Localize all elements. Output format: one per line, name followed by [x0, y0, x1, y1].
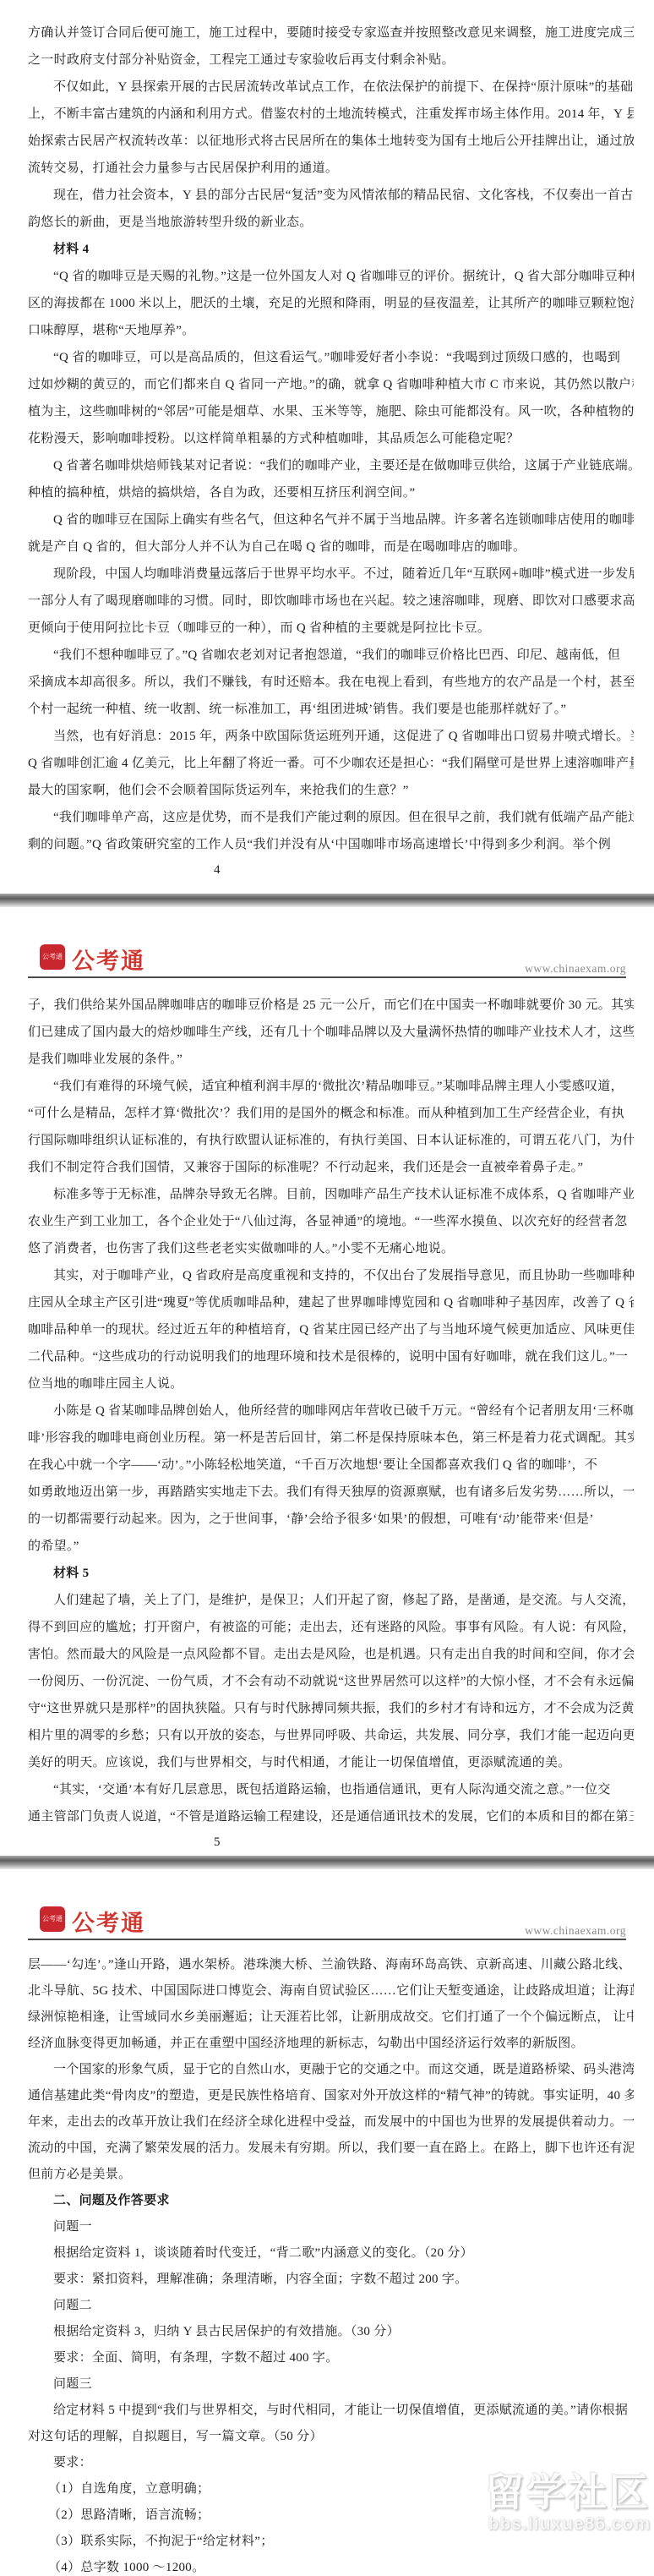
text-line: 如勇敢地迈出第一步，再踏踏实实地走下去。我们有得天独厚的资源禀赋，也有诸多后发劣… — [28, 1479, 634, 1506]
text-line: 不仅如此，Y 县探索开展的古民居流转改革试点工作，在依法保护的前提下、在保持“原… — [28, 74, 634, 101]
section-heading: 材料 4 — [28, 236, 634, 263]
text-line: 流转交易，打通社会力量参与古民居保护利用的通道。 — [28, 155, 634, 182]
page-separator — [0, 894, 654, 907]
text-line: 守“这世界就只是那样”的固执狭隘。只有与时代脉搏同频共振，我们的乡村才有诗和远方… — [28, 1695, 634, 1722]
header-gap — [0, 978, 654, 992]
text-line: 植为主，这些咖啡树的“邻居”可能是烟草、水果、玉米等等，施肥、除虫可能都没有。风… — [28, 398, 634, 425]
site-url: www.chinaexam.org — [525, 1924, 626, 1938]
text-line: 通主管部门负责人说道，“不管是道路运输工程建设，还是通信通讯技术的发展，它们的本… — [28, 1803, 634, 1830]
text-line: 绿洲惊艳相逢，让雪域同水乡美丽邂逅；让天涯若比邻，让新朋成故交。它们打通了一个个… — [28, 2004, 634, 2031]
text-line: “我们咖啡单产高，这应是优势，而不是我们产能过剩的原因。但在很早之前，我们就有低… — [28, 804, 634, 831]
header-gap — [0, 1940, 654, 1952]
text-line: 根据给定资料 3，归纳 Y 县古民居保护的有效措施。（30 分） — [28, 2319, 634, 2345]
text-line: 小陈是 Q 省某咖啡品牌创始人，他所经营的咖啡网店年营收已破千万元。“曾经有个记… — [28, 1397, 634, 1425]
page-number: 4 — [0, 861, 654, 879]
text-line: （2）思路清晰，语言流畅； — [28, 2502, 634, 2529]
document-viewer: { "site": { "logo_badge": "公考通", "logo_t… — [0, 0, 654, 2576]
text-line: 悠了消费者，也伤害了我们这些老老实实做咖啡的人。”小雯不无痛心地说。 — [28, 1235, 634, 1262]
text-line: 要求：紧扣资料，理解准确；条理清晰，内容全面；字数不超过 200 字。 — [28, 2267, 634, 2293]
text-line: 现在，借力社会资本，Y 县的部分古民居“复活”变为风情浓郁的精品民宿、文化客栈，… — [28, 182, 634, 209]
text-line: 啡’形容我的咖啡电商创业历程。第一杯是苦后回甘，第二杯是保持原味本色，第三杯是着… — [28, 1425, 634, 1452]
section-heading: 二、问题及作答要求 — [28, 2188, 634, 2214]
text-line: 一份阅历、一份沉淀、一份气质，才不会有动不动就说“这世界居然可以这样”的大惊小怪… — [28, 1668, 634, 1695]
text-line: 采摘成本却高很多。所以，我们不赚钱，有时还赔本。我在电视上看到，有些地方的农产品… — [28, 669, 634, 696]
text-line: 庄园从全球主产区引进“瑰夏”等优质咖啡品种，建起了世界咖啡博览园和 Q 省咖啡种… — [28, 1289, 634, 1316]
text-line: 更倾向于使用阿拉比卡豆（咖啡豆的一种），而 Q 省种植的主要就是阿拉比卡豆。 — [28, 615, 634, 642]
text-line: 人们建起了墙，关上了门，是维护，是保卫；人们开起了窗，修起了路，是凿通，是交流。… — [28, 1587, 634, 1614]
text-line: 年来，走出去的改革开放让我们在经济全球化进程中受益，而发展中的中国也为世界的发展… — [28, 2109, 634, 2136]
text-line: Q 省的咖啡豆在国际上确实有些名气，但这种名气并不属于当地品牌。许多著名连锁咖啡… — [28, 506, 634, 533]
text-line: 的希望。” — [28, 1533, 634, 1560]
text-line: 咖啡品种单一的现状。经过近五年的种植培育，Q 省某庄园已经产出了与当地环境气候更… — [28, 1316, 634, 1343]
text-line: “我们不想种咖啡豆了。”Q 省咖农老刘对记者抱怨道，“我们的咖啡豆价格比巴西、印… — [28, 642, 634, 669]
text-line: 层——‘勾连’。”逢山开路，遇水架桥。港珠澳大桥、兰渝铁路、海南环岛高铁、京新高… — [28, 1952, 634, 1978]
text-line: 口味醇厚，堪称“天地厚养”。 — [28, 317, 634, 344]
text-line: 得不到回应的尴尬；打开窗户，有被盗的可能；走出去，还有迷路的风险。事事有风险。有… — [28, 1614, 634, 1641]
text-line: 二代品种。“这些成功的行动说明我们的地理环境和技术是很棒的，说明中国有好咖啡，就… — [28, 1343, 634, 1370]
brand-logo-icon: 公考通 — [40, 1906, 65, 1932]
text-line: 其实，对于咖啡产业，Q 省政府是高度重视和支持的，不仅出台了发展指导意见，而且协… — [28, 1262, 634, 1289]
page-number: 5 — [0, 1833, 654, 1851]
page-header: 公考通 公考通 www.chinaexam.org — [28, 1891, 626, 1940]
text-line: 一部分人有了喝现磨咖啡的习惯。同时，即饮咖啡市场也在兴起。较之速溶咖啡，现磨、即… — [28, 588, 634, 615]
text-line: 在我心中就一个字——‘动’。”小陈轻松地笑道，“千百万次地想‘要让全国都喜欢我们… — [28, 1452, 634, 1479]
text-line: （1）自选角度，立意明确； — [28, 2476, 634, 2502]
page-body: 层——‘勾连’。”逢山开路，遇水架桥。港珠澳大桥、兰渝铁路、海南环岛高铁、京新高… — [0, 1952, 654, 2576]
document-page-questions: 公考通 公考通 www.chinaexam.org 层——‘勾连’。”逢山开路，… — [0, 1869, 654, 2576]
text-line: 标准多等于无标准，品牌杂导致无名牌。目前，因咖啡产品生产技术认证标准不成体系，Q… — [28, 1181, 634, 1208]
text-line: “Q 省的咖啡豆，可以是高品质的，但这看运气。”咖啡爱好者小李说：“我喝到过顶级… — [28, 344, 634, 371]
page-header: 公考通 公考通 www.chinaexam.org — [28, 929, 626, 978]
text-line: “我们有难得的环境气候，适宜种植利润丰厚的‘微批次’精品咖啡豆。”某咖啡品牌主理… — [28, 1073, 634, 1100]
text-line: 位当地的咖啡庄园主人说。 — [28, 1370, 634, 1397]
text-line: 花粉漫天，影响咖啡授粉。以这样简单粗暴的方式种植咖啡，其品质怎么可能稳定呢？ — [28, 425, 634, 452]
text-line: 要求： — [28, 2450, 634, 2476]
text-line: 流动的中国，充满了繁荣发展的活力。发展未有穷期。所以，我们要一直在路上。在路上，… — [28, 2136, 634, 2162]
text-line: 要求：全面、简明，有条理，字数不超过 400 字。 — [28, 2345, 634, 2371]
text-line: “其实，‘交通’本有好几层意思，既包括道路运输，也指通信通讯，更有人际沟通交流之… — [28, 1776, 634, 1803]
page-body: 方确认并签订合同后便可施工，施工过程中，要随时接受专家巡查并按照整改意见来调整，… — [0, 19, 654, 858]
text-line: 现阶段，中国人均咖啡消费量远落后于世界平均水平。不过，随着近几年“互联网+咖啡”… — [28, 561, 634, 588]
text-line: 一个国家的形象气质，显于它的自然山水，更融于它的交通之中。而这交通，既是道路桥梁… — [28, 2057, 634, 2083]
text-line: 我们不制定符合我们国情，又兼容于国际的标准呢？不行动起来，我们还是会一直被牵着鼻… — [28, 1154, 634, 1181]
text-line: 行国际咖啡组织认证标准的，有执行欧盟认证标准的，有执行美国、日本认证标准的，可谓… — [28, 1127, 634, 1154]
text-line: 之一时政府支付部分补贴资金，工程完工通过专家验收后再支付剩余补贴。 — [28, 46, 634, 74]
text-line: 们已建成了国内最大的焙炒咖啡生产线，还有几十个咖啡品牌以及大量满怀热情的咖啡产业… — [28, 1019, 634, 1046]
text-line: 韵悠长的新曲，更是当地旅游转型升级的新业态。 — [28, 209, 634, 236]
text-line: 问题三 — [28, 2371, 634, 2398]
text-line: （3）联系实际，不拘泥于“给定材料”； — [28, 2529, 634, 2555]
text-line: 种植的搞种植，烘焙的搞烘焙，各自为政，还要相互挤压利润空间。” — [28, 479, 634, 506]
text-line: 美好的明天。应该说，我们与世界相交，与时代相通，才能让一切保值增值，更添赋流通的… — [28, 1749, 634, 1776]
text-line: 经济血脉变得更加畅通，并正在重塑中国经济地理的新标志，勾勒出中国经济运行效率的新… — [28, 2031, 634, 2057]
text-line: 区的海拔都在 1000 米以上，肥沃的土壤，充足的光照和降雨，明显的昼夜温差，让… — [28, 290, 634, 317]
text-line: 给定材料 5 中提到“我们与世界相交，与时代相同，才能让一切保值增值，更添赋流通… — [28, 2398, 634, 2424]
section-heading: 材料 5 — [28, 1560, 634, 1587]
text-line: 子，我们供给某外国品牌咖啡店的咖啡豆价格是 25 元一公斤，而它们在中国卖一杯咖… — [28, 992, 634, 1019]
page-separator — [0, 1856, 654, 1869]
text-line: 最大的国家啊，他们会不会顺着国际货运列车，来抢我们的生意？” — [28, 777, 634, 804]
brand-logo-icon: 公考通 — [40, 944, 65, 970]
text-line: 对这句话的理解，自拟题目，写一篇文章。（50 分） — [28, 2424, 634, 2450]
text-line: 个村一起统一种植、统一收割、统一标准加工，再‘组团进城’销售。我们要是也能那样就… — [28, 696, 634, 723]
text-line: 根据给定资料 1，谈谈随着时代变迁，“背二歌”内涵意义的变化。（20 分） — [28, 2240, 634, 2267]
text-line: Q 省咖啡创汇逾 4 亿美元，比上年翻了将近一番。可不少咖农还是担心：“我们隔壁… — [28, 750, 634, 777]
page-body: 子，我们供给某外国品牌咖啡店的咖啡豆价格是 25 元一公斤，而它们在中国卖一杯咖… — [0, 992, 654, 1830]
document-page-5: 公考通 公考通 www.chinaexam.org 子，我们供给某外国品牌咖啡店… — [0, 907, 654, 1856]
brand-logo-text: 公考通 — [72, 1912, 145, 1935]
text-line: 的一切都需要行动起来。因为，之于世间事，‘静’会给予很多‘如果’的假想，可唯有‘… — [28, 1506, 634, 1533]
document-page-4: 方确认并签订合同后便可施工，施工过程中，要随时接受专家巡查并按照整改意见来调整，… — [0, 0, 654, 894]
text-line: 问题一 — [28, 2214, 634, 2240]
text-line: 是我们咖啡业发展的条件。” — [28, 1046, 634, 1073]
text-line: 剩的问题。”Q 省政策研究室的工作人员“我们并没有从‘中国咖啡市场高速增长’中得… — [28, 831, 634, 858]
text-line: 通信基建此类“骨肉皮”的塑造，更是民族性格培育、国家对外开放这样的“精气神”的铸… — [28, 2083, 634, 2109]
text-line: 始探索古民居产权流转改革：以征地形式将古民居所在的集体土地转变为国有土地后公开挂… — [28, 128, 634, 155]
text-line: “可什么是精品，怎样才算‘微批次’？我们用的是国外的概念和标准。而从种植到加工生… — [28, 1100, 634, 1127]
text-line: 农业生产到工业加工，各个企业处于“八仙过海，各显神通”的境地。“一些浑水摸鱼、以… — [28, 1208, 634, 1235]
text-line: “Q 省的咖啡豆是天赐的礼物。”这是一位外国友人对 Q 省咖啡豆的评价。据统计，… — [28, 263, 634, 290]
text-line: 方确认并签订合同后便可施工，施工过程中，要随时接受专家巡查并按照整改意见来调整，… — [28, 19, 634, 46]
site-url: www.chinaexam.org — [525, 962, 626, 976]
text-line: 就是产自 Q 省的，但大部分人并不认为自己在喝 Q 省的咖啡，而是在喝咖啡店的咖… — [28, 533, 634, 561]
text-line: （4）总字数 1000 ～1200。 — [28, 2555, 634, 2576]
text-line: 当然，也有好消息：2015 年，两条中欧国际货运班列开通，这促进了 Q 省咖啡出… — [28, 723, 634, 750]
text-line: 过如炒糊的黄豆的，而它们都来自 Q 省同一产地。”的确，就拿 Q 省咖啡种植大市… — [28, 371, 634, 398]
text-line: 相片里的凋零的乡愁；只有以开放的姿态，与世界同呼吸、共命运，共发展、同分享，我们… — [28, 1722, 634, 1749]
text-line: 上，不断丰富古建筑的内涵和利用方式。借鉴农村的土地流转模式，注重发挥市场主体作用… — [28, 101, 634, 128]
text-line: 问题二 — [28, 2293, 634, 2319]
text-line: 害怕。然而最大的风险是一点风险都不冒。走出去是风险，也是机遇。只有走出自我的时间… — [28, 1641, 634, 1668]
brand-logo-text: 公考通 — [72, 950, 145, 973]
text-line: Q 省著名咖啡烘焙师钱某对记者说：“我们的咖啡产业，主要还是在做咖啡豆供给，这属… — [28, 452, 634, 479]
text-line: 北斗导航、5G 技术、中国国际进口博览会、海南自贸试验区……它们让天堑变通途，让… — [28, 1978, 634, 2004]
text-line: 但前方必是美景。 — [28, 2162, 634, 2188]
